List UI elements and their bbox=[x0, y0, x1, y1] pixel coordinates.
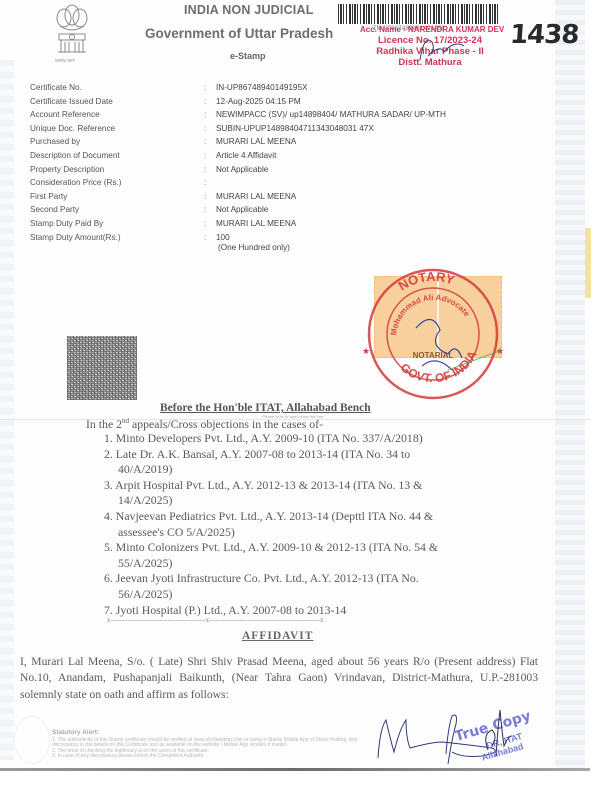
detail-label: Stamp Duty Amount(Rs.) bbox=[30, 233, 121, 242]
detail-value: 12-Aug-2025 04:15 PM bbox=[216, 97, 301, 106]
statutory-alert-title: Statutory Alert: bbox=[52, 730, 372, 736]
notary-name: Mohammad Ali Advocate bbox=[389, 293, 472, 336]
detail-colon: : bbox=[204, 192, 206, 201]
affidavit-text: I, Murari Lal Meena, S/o. ( Late) Shri S… bbox=[20, 654, 538, 703]
detail-row: Stamp Duty Amount(Rs.):100(One Hundred o… bbox=[30, 233, 430, 247]
header-subtitle: e-Stamp bbox=[230, 51, 266, 61]
case-item: 2. Late Dr. A.K. Bansal, A.Y. 2007-08 to… bbox=[104, 447, 474, 478]
affidavit-title: AFFIDAVIT bbox=[242, 630, 313, 642]
detail-row: Purchased by:MURARI LAL MEENA bbox=[30, 137, 430, 151]
case-line: 5. Minto Colonizers Pvt. Ltd., A.Y. 2009… bbox=[104, 540, 438, 554]
detail-value: Not Applicable bbox=[216, 205, 268, 214]
detail-colon: : bbox=[204, 137, 206, 146]
detail-value: SUBIN-UPUP14898404711343048031 47X bbox=[216, 124, 374, 133]
intro-superscript: nd bbox=[122, 417, 129, 425]
detail-colon: : bbox=[204, 83, 206, 92]
case-line-cont: 14/A/2025) bbox=[104, 493, 474, 509]
page-edge-strip bbox=[585, 228, 591, 298]
qr-code bbox=[67, 336, 137, 400]
case-line-cont: 55/A/2025) bbox=[104, 556, 474, 572]
detail-value: MURARI LAL MEENA bbox=[216, 219, 296, 228]
national-emblem-icon bbox=[52, 4, 92, 66]
notary-seal-icon: NOTARY Mohammad Ali Advocate NOTARIAL GO… bbox=[352, 258, 514, 404]
detail-value: MURARI LAL MEENA bbox=[216, 137, 296, 146]
detail-row: Description of Document:Article 4 Affida… bbox=[30, 151, 430, 165]
detail-label: Second Party bbox=[30, 205, 79, 214]
detail-value: Not Applicable bbox=[216, 165, 268, 174]
guilloche-border-left bbox=[0, 60, 14, 760]
case-line-cont: 40/A/2019) bbox=[104, 462, 474, 478]
case-item: 4. Navjeevan Pediatrics Pvt. Ltd., A.Y. … bbox=[104, 509, 474, 540]
detail-label: Property Description bbox=[30, 165, 104, 174]
detail-row: Property Description:Not Applicable bbox=[30, 165, 430, 179]
detail-row: Certificate No.:IN-UP86748940149195X bbox=[30, 83, 430, 97]
detail-label: Unique Doc. Reference bbox=[30, 124, 115, 133]
detail-label: Certificate No. bbox=[30, 83, 82, 92]
case-line-cont: assessee's CO 5/A/2025) bbox=[104, 525, 474, 541]
header-title-line2: Government of Uttar Pradesh bbox=[145, 26, 333, 41]
case-line: 4. Navjeevan Pediatrics Pvt. Ltd., A.Y. … bbox=[104, 509, 433, 523]
detail-label: Account Reference bbox=[30, 110, 100, 119]
notary-middle-text: NOTARIAL bbox=[413, 351, 454, 360]
detail-value: NEWIMPACC (SV)/ up14898404/ MATHURA SADA… bbox=[216, 110, 446, 119]
statutory-alert-item: 3. In case of any discrepancy please inf… bbox=[52, 754, 372, 760]
detail-label: Certificate Issued Date bbox=[30, 97, 113, 106]
detail-colon: : bbox=[204, 151, 206, 160]
certificate-details-table: Certificate No.:IN-UP86748940149195X Cer… bbox=[30, 83, 430, 246]
detail-value-words: (One Hundred only) bbox=[218, 243, 290, 252]
bench-heading: Before the Hon'ble ITAT, Allahabad Bench bbox=[160, 402, 371, 414]
detail-row: Stamp Duty Paid By:MURARI LAL MEENA bbox=[30, 219, 430, 233]
case-line-cont: 56/A/2025) bbox=[104, 587, 474, 603]
vendor-signature-icon bbox=[410, 30, 470, 66]
page-bottom-edge bbox=[0, 768, 590, 771]
emblem-caption: सत्यमेव जयते bbox=[55, 58, 74, 64]
case-item: 5. Minto Colonizers Pvt. Ltd., A.Y. 2009… bbox=[104, 540, 474, 571]
detail-row: First Party:MURARI LAL MEENA bbox=[30, 192, 430, 206]
rosette-pattern-icon bbox=[14, 716, 50, 764]
detail-label: Purchased by bbox=[30, 137, 80, 146]
case-item: 6. Jeevan Jyoti Infrastructure Co. Pvt. … bbox=[104, 571, 474, 602]
intro-text: In the 2 bbox=[86, 417, 122, 431]
estamp-page: सत्यमेव जयते INDIA NON JUDICIAL Governme… bbox=[0, 0, 590, 770]
detail-colon: : bbox=[204, 97, 206, 106]
detail-label: Stamp Duty Paid By bbox=[30, 219, 103, 228]
guilloche-border-right bbox=[555, 0, 585, 770]
detail-value: MURARI LAL MEENA bbox=[216, 192, 296, 201]
detail-value: Article 4 Affidavit bbox=[216, 151, 276, 160]
separator-line: x-----------------------------------x---… bbox=[107, 615, 324, 624]
detail-row: Second Party:Not Applicable bbox=[30, 205, 430, 219]
detail-colon: : bbox=[204, 205, 206, 214]
detail-value: 100 bbox=[216, 233, 230, 242]
detail-row: Consideration Price (Rs.): bbox=[30, 178, 430, 192]
detail-label: First Party bbox=[30, 192, 67, 201]
header-title-line1: INDIA NON JUDICIAL bbox=[184, 3, 334, 17]
detail-colon: : bbox=[204, 124, 206, 133]
detail-colon: : bbox=[204, 219, 206, 228]
detail-colon: : bbox=[204, 165, 206, 174]
case-line: 1. Minto Developers Pvt. Ltd., A.Y. 2009… bbox=[104, 431, 423, 445]
intro-text-rest: appeals/Cross objections in the cases of… bbox=[129, 417, 323, 431]
case-line: 3. Arpit Hospital Pvt. Ltd., A.Y. 2012-1… bbox=[104, 478, 422, 492]
detail-label: Consideration Price (Rs.) bbox=[30, 178, 121, 187]
case-item: 3. Arpit Hospital Pvt. Ltd., A.Y. 2012-1… bbox=[104, 478, 474, 509]
detail-label: Description of Document bbox=[30, 151, 120, 160]
detail-row: Certificate Issued Date:12-Aug-2025 04:1… bbox=[30, 97, 430, 111]
case-list: 1. Minto Developers Pvt. Ltd., A.Y. 2009… bbox=[104, 431, 474, 618]
barcode bbox=[338, 4, 498, 24]
detail-colon: : bbox=[204, 233, 206, 242]
detail-colon: : bbox=[204, 110, 206, 119]
statutory-alert: Statutory Alert: 1. The authenticity of … bbox=[52, 730, 372, 760]
detail-row: Account Reference:NEWIMPACC (SV)/ up1489… bbox=[30, 110, 430, 124]
case-line: 6. Jeevan Jyoti Infrastructure Co. Pvt. … bbox=[104, 571, 419, 585]
detail-colon: : bbox=[204, 178, 206, 187]
case-item: 1. Minto Developers Pvt. Ltd., A.Y. 2009… bbox=[104, 431, 474, 447]
case-line: 2. Late Dr. A.K. Bansal, A.Y. 2007-08 to… bbox=[104, 447, 410, 461]
detail-value: IN-UP86748940149195X bbox=[216, 83, 308, 92]
detail-row: Unique Doc. Reference:SUBIN-UPUP14898404… bbox=[30, 124, 430, 138]
svg-text:Mohammad Ali Advocate: Mohammad Ali Advocate bbox=[389, 293, 472, 336]
officer-initials-icon bbox=[478, 706, 518, 762]
handwritten-serial-number: 1438 bbox=[509, 20, 579, 50]
svg-text:★: ★ bbox=[362, 346, 370, 356]
appeals-intro: In the 2nd appeals/Cross objections in t… bbox=[86, 417, 323, 432]
